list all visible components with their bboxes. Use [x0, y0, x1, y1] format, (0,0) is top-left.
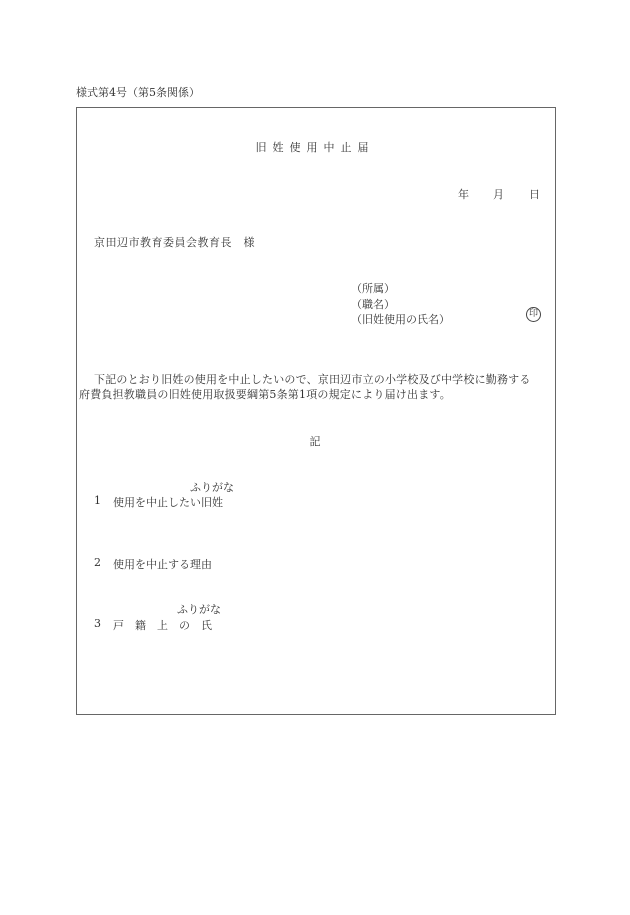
document-title: 旧姓使用中止届: [0, 139, 630, 155]
item-1-label: 使用を中止したい旧姓: [113, 494, 223, 510]
date-year-label: 年: [458, 186, 469, 202]
addressee: 京田辺市教育委員会教育長 様: [94, 234, 255, 250]
form-number: 様式第4号（第5条関係）: [76, 84, 200, 100]
body-text-line-1: 下記のとおり旧姓の使用を中止したいので、京田辺市立の小学校及び中学校に勤務する: [94, 371, 531, 387]
date-day-label: 日: [529, 186, 540, 202]
seal-mark-icon: 印: [526, 307, 541, 322]
position-label: （職名）: [351, 296, 395, 312]
item-2-number: 2: [94, 556, 101, 569]
item-2-label: 使用を中止する理由: [113, 556, 212, 572]
affiliation-label: （所属）: [351, 280, 395, 296]
item-3-furigana: ふりがな: [177, 601, 221, 617]
date-month-label: 月: [493, 186, 504, 202]
item-3-label: 戸 籍 上 の 氏: [113, 617, 212, 633]
name-label: （旧姓使用の氏名）: [351, 311, 450, 327]
item-1-furigana: ふりがな: [190, 479, 234, 495]
ki-heading: 記: [0, 433, 630, 449]
item-3-number: 3: [94, 617, 101, 630]
body-text-line-2: 府費負担教職員の旧姓使用取扱要綱第5条第1項の規定により届け出ます。: [79, 386, 451, 402]
item-1-number: 1: [94, 494, 101, 507]
